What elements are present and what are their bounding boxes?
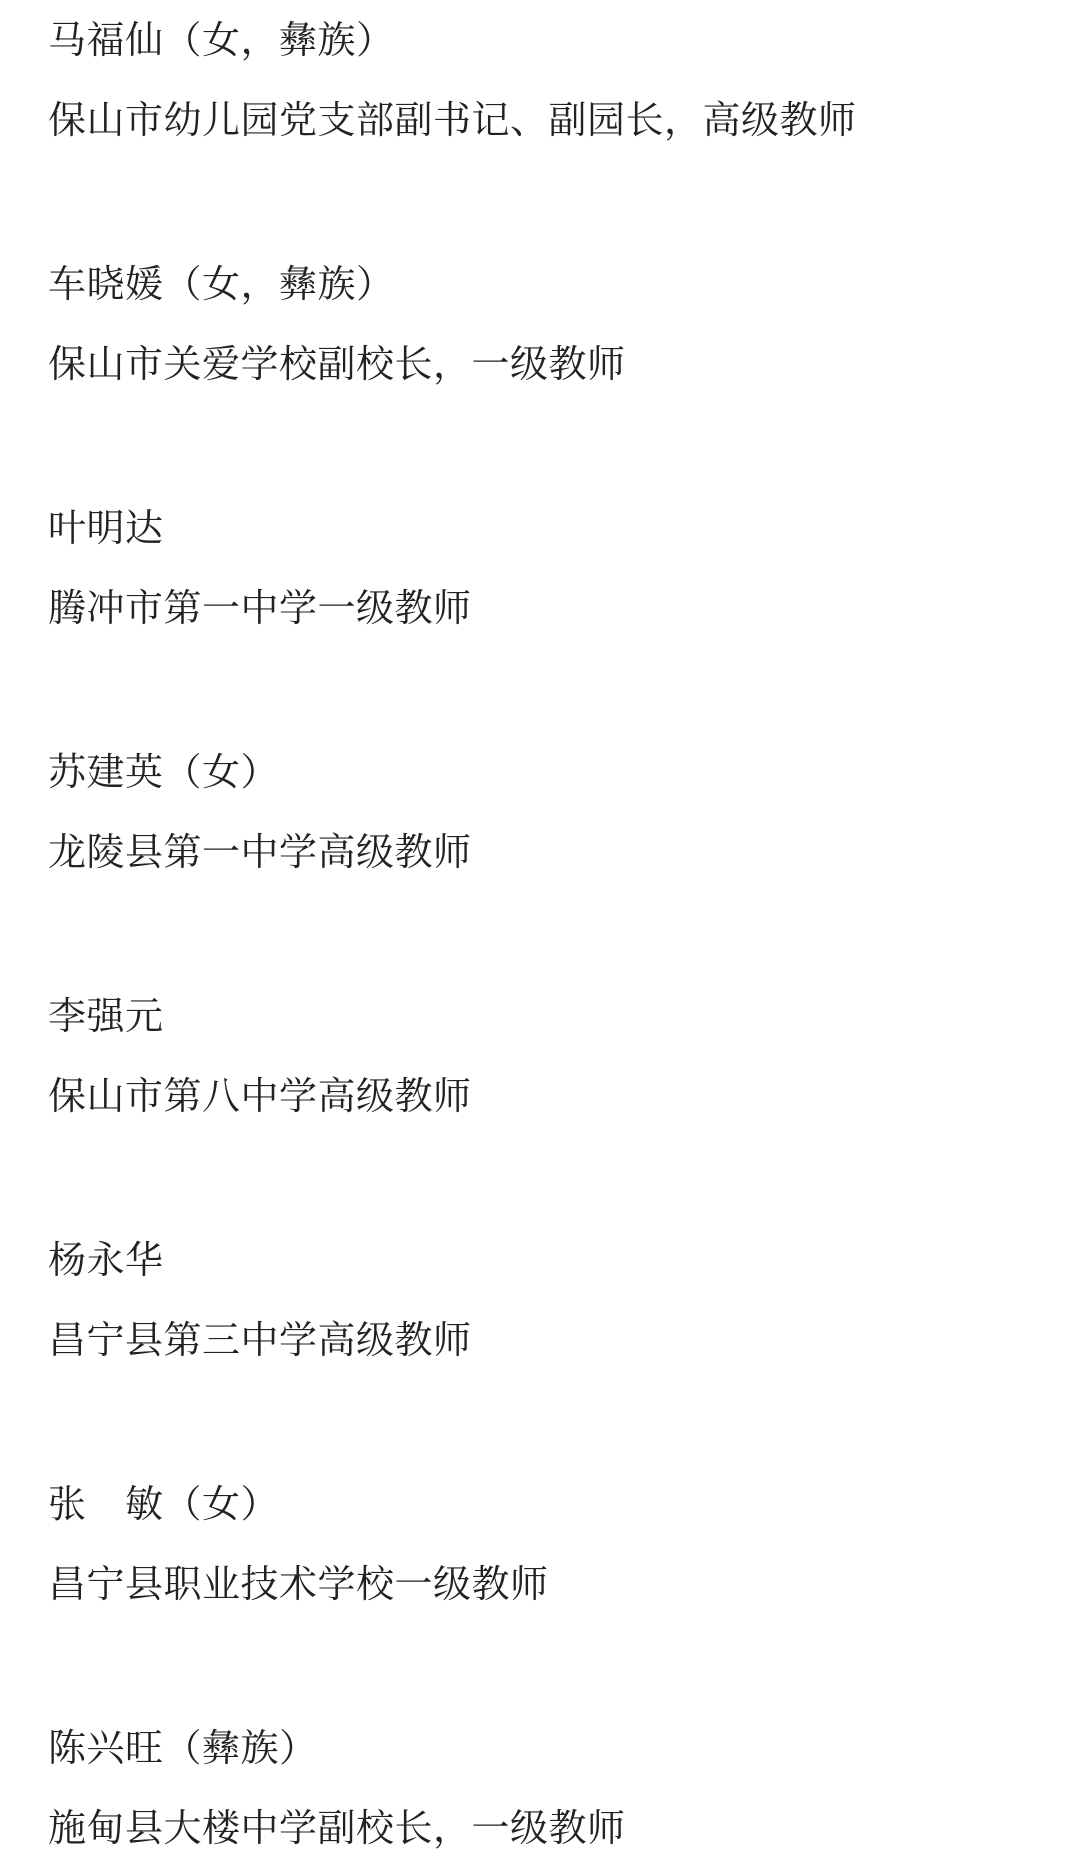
- person-title: 龙陵县第一中学高级教师: [48, 813, 1039, 893]
- roster-entry: 苏建英（女） 龙陵县第一中学高级教师: [48, 733, 1039, 893]
- person-name: 马福仙（女，彝族）: [48, 1, 1039, 81]
- roster-entry: 杨永华 昌宁县第三中学高级教师: [48, 1221, 1039, 1381]
- roster-entry: 车晓媛（女，彝族） 保山市关爱学校副校长，一级教师: [48, 245, 1039, 405]
- person-name: 苏建英（女）: [48, 733, 1039, 813]
- person-name: 陈兴旺（彝族）: [48, 1709, 1039, 1789]
- person-name: 张 敏（女）: [48, 1465, 1039, 1545]
- person-title: 昌宁县职业技术学校一级教师: [48, 1545, 1039, 1625]
- person-name: 车晓媛（女，彝族）: [48, 245, 1039, 325]
- person-title: 保山市幼儿园党支部副书记、副园长，高级教师: [48, 81, 1039, 161]
- person-name: 叶明达: [48, 489, 1039, 569]
- person-title: 保山市关爱学校副校长，一级教师: [48, 325, 1039, 405]
- roster-entry: 张 敏（女） 昌宁县职业技术学校一级教师: [48, 1465, 1039, 1625]
- person-name: 李强元: [48, 977, 1039, 1057]
- roster-entry: 李强元 保山市第八中学高级教师: [48, 977, 1039, 1137]
- person-name: 杨永华: [48, 1221, 1039, 1301]
- roster-entry: 陈兴旺（彝族） 施甸县大楼中学副校长，一级教师: [48, 1709, 1039, 1862]
- person-title: 昌宁县第三中学高级教师: [48, 1301, 1039, 1381]
- person-title: 施甸县大楼中学副校长，一级教师: [48, 1789, 1039, 1862]
- roster-document: 马福仙（女，彝族） 保山市幼儿园党支部副书记、副园长，高级教师 车晓媛（女，彝族…: [0, 0, 1079, 1862]
- person-title: 保山市第八中学高级教师: [48, 1057, 1039, 1137]
- person-title: 腾冲市第一中学一级教师: [48, 569, 1039, 649]
- roster-list: 马福仙（女，彝族） 保山市幼儿园党支部副书记、副园长，高级教师 车晓媛（女，彝族…: [48, 1, 1039, 1862]
- roster-entry: 马福仙（女，彝族） 保山市幼儿园党支部副书记、副园长，高级教师: [48, 1, 1039, 161]
- roster-entry: 叶明达 腾冲市第一中学一级教师: [48, 489, 1039, 649]
